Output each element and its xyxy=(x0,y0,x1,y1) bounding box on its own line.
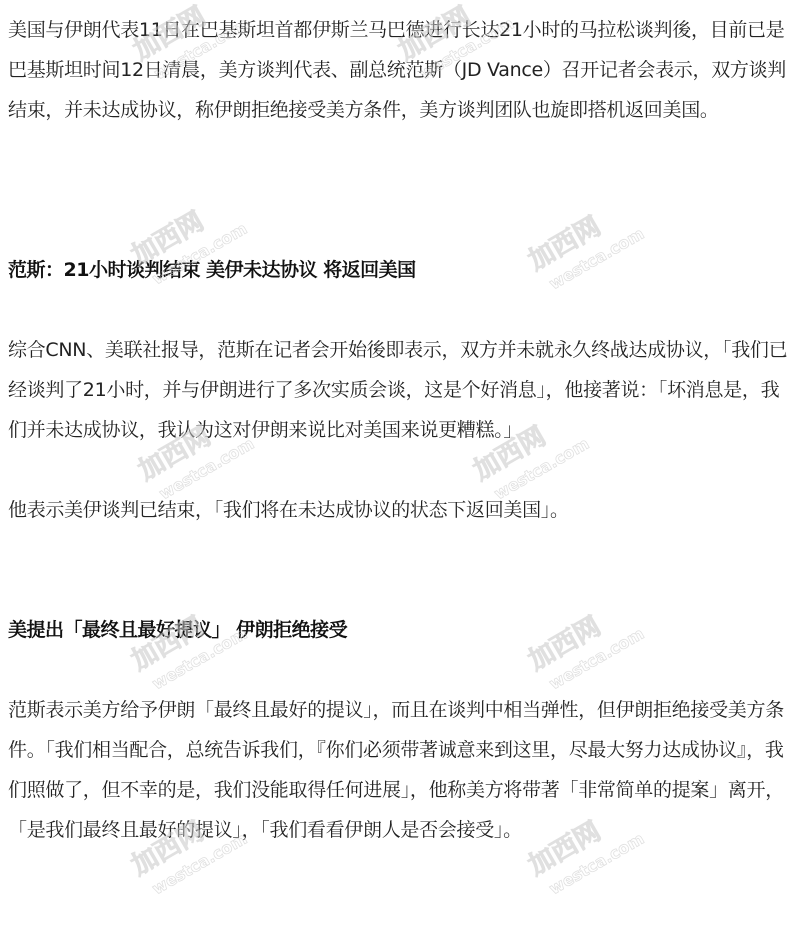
watermark-logo: 加西网westca.com xyxy=(516,585,655,706)
intro-paragraph: 美国与伊朗代表11日在巴基斯坦首都伊斯兰马巴德进行长达21小时的马拉松谈判後，目… xyxy=(8,10,794,130)
section-heading-talks-ended: 范斯：21小时谈判结束 美伊未达协议 将返回美国 xyxy=(8,250,416,290)
section1-paragraph-1: 综合CNN、美联社报导，范斯在记者会开始後即表示，双方并未就永久终战达成协议，「… xyxy=(8,330,794,450)
section2-paragraph-1: 范斯表示美方给予伊朗「最终且最好的提议」，而且在谈判中相当弹性，但伊朗拒绝接受美… xyxy=(8,690,794,850)
section1-paragraph-2: 他表示美伊谈判已结束，「我们将在未达成协议的状态下返回美国」。 xyxy=(8,490,794,530)
svg-text:加西网: 加西网 xyxy=(524,611,607,676)
svg-text:加西网: 加西网 xyxy=(524,211,607,276)
section-heading-final-offer: 美提出「最终且最好提议」 伊朗拒绝接受 xyxy=(8,610,347,650)
watermark-logo: 加西网westca.com xyxy=(516,185,655,306)
svg-text:westca.com: westca.com xyxy=(546,624,648,694)
svg-text:westca.com: westca.com xyxy=(546,224,648,294)
